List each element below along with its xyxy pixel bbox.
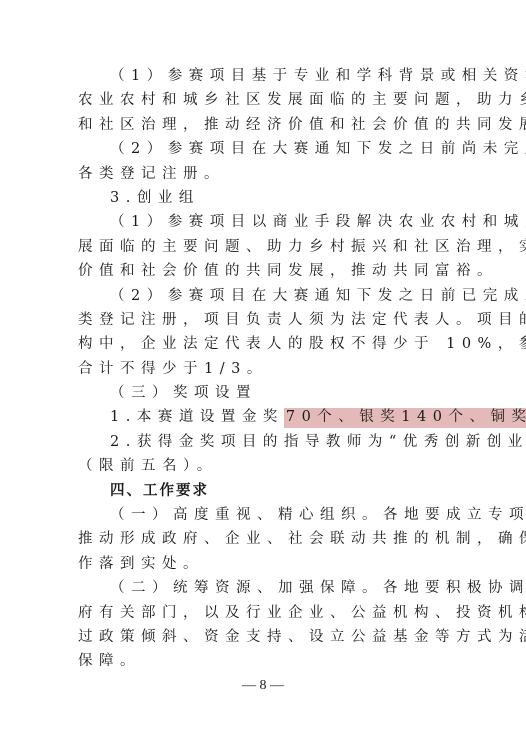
- paragraph-block-eligibility: （1）参赛项目基于专业和学科背景或相关资源，解决农业农村和城乡社区发展面临的主要…: [78, 64, 446, 405]
- text-line: 各类登记注册。: [78, 162, 446, 186]
- text-line: （限前五名）。: [78, 454, 446, 478]
- text-line: 作落到实处。: [78, 552, 446, 576]
- text-line: 类登记注册，项目负责人须为法定代表人。项目的股权结: [78, 308, 446, 332]
- text-line: 过政策倾斜、资金支持、设立公益基金等方式为活动提供: [78, 625, 446, 649]
- text-line: 构中，企业法定代表人的股权不得少于 10%，参赛成员股权: [78, 332, 446, 356]
- text-line: （一）高度重视、精心组织。各地要成立专项工作组，: [78, 503, 446, 527]
- section-heading: 四、工作要求: [78, 479, 446, 503]
- paragraph-block-requirements: （一）高度重视、精心组织。各地要成立专项工作组，推动形成政府、企业、社会联动共推…: [78, 503, 446, 674]
- text-line: 展面临的主要问题、助力乡村振兴和社区治理，实现经济: [78, 235, 446, 259]
- document-page: （1）参赛项目基于专业和学科背景或相关资源，解决农业农村和城乡社区发展面临的主要…: [0, 0, 526, 747]
- paragraph-block-awards: 2.获得金奖项目的指导教师为“优秀创新创业导师”（限前五名）。: [78, 430, 446, 479]
- text-line: （二）统筹资源、加强保障。各地要积极协调地方政: [78, 576, 446, 600]
- text-line: （2）参赛项目在大赛通知下发之日前已完成工商等各: [78, 284, 446, 308]
- text-line: 和社区治理，推动经济价值和社会价值的共同发展。: [78, 113, 446, 137]
- text-line: （1）参赛项目以商业手段解决农业农村和城乡社区发: [78, 210, 446, 234]
- text-line: 府有关部门，以及行业企业、公益机构、投资机构等，通: [78, 601, 446, 625]
- text-line: 2.获得金奖项目的指导教师为“优秀创新创业导师”: [78, 430, 446, 454]
- text-line: （2）参赛项目在大赛通知下发之日前尚未完成工商等: [78, 137, 446, 161]
- award-prefix: 1.本赛道设置金奖: [110, 409, 284, 425]
- text-line: 3.创业组: [78, 186, 446, 210]
- document-body: （1）参赛项目基于专业和学科背景或相关资源，解决农业农村和城乡社区发展面临的主要…: [78, 64, 446, 674]
- award-line: 1.本赛道设置金奖70个、银奖140个、铜奖440个。: [78, 405, 446, 429]
- text-line: 价值和社会价值的共同发展，推动共同富裕。: [78, 259, 446, 283]
- text-line: 推动形成政府、企业、社会联动共推的机制，确保各项工: [78, 527, 446, 551]
- text-line: 农业农村和城乡社区发展面临的主要问题，助力乡村振兴: [78, 88, 446, 112]
- text-line: （三）奖项设置: [78, 381, 446, 405]
- page-number: — 8 —: [0, 678, 526, 694]
- highlighted-award-counts[interactable]: 70个、银奖140个、铜奖440个。: [284, 408, 526, 428]
- text-line: （1）参赛项目基于专业和学科背景或相关资源，解决: [78, 64, 446, 88]
- text-line: 保障。: [78, 649, 446, 673]
- text-line: 合计不得少于1/3。: [78, 357, 446, 381]
